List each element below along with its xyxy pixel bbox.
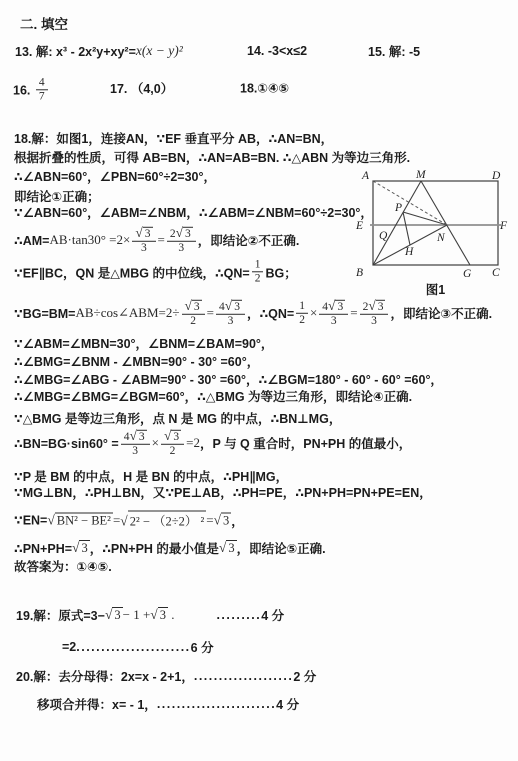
text-segment: ∵∠ABM=∠MBN=30°，∠BNM=∠BAM=90°， (14, 334, 273, 352)
text-segment: 二. 填空 (20, 13, 68, 33)
text-segment: AB÷cos∠ABM=2÷ (76, 305, 180, 321)
fraction-denominator: 2 (187, 315, 199, 328)
sol18-line14: ∴BN=BG·sin60° =4√33×√32=2，P 与 Q 重合时，PN+P… (14, 428, 411, 458)
radicand: 3 (112, 607, 122, 623)
sol18-line7: ∵EF∥BC，QN 是△MBG 的中位线，∴QN=12BG； (14, 258, 297, 285)
figure-label-G: G (463, 268, 472, 280)
radical-sign: √ (135, 225, 142, 240)
fraction-denominator: 2 (252, 273, 264, 286)
text-segment: ∴∠BMG=∠BNM - ∠MBN=90° - 30° =60°， (14, 352, 259, 370)
sol18-line13: ∵△BMG 是等边三角形，点 N 是 MG 的中点，∴BN⊥MG， (14, 409, 341, 427)
text-segment: 根据折叠的性质，可得 AB=BN，∴AN=AB=BN. ∴△ABN 为等边三角形… (14, 148, 410, 166)
fraction-numerator: √3 (132, 225, 155, 242)
text-segment: 13. 解: x³ - 2x²y+xy²= (15, 42, 136, 60)
text-segment: ∴∠ABN=60°，∠PBN=60°÷2=30°， (14, 167, 216, 185)
radical-sign: √ (129, 428, 136, 443)
figure-label-N: N (436, 232, 446, 244)
answer-14: 14. -3<x≤2 (247, 44, 307, 58)
fraction-numerator: 4√3 (319, 298, 348, 315)
radical-sign: √ (150, 607, 157, 623)
text-segment: ， (231, 511, 244, 529)
text-segment: 19.解：原式=3− (16, 606, 105, 624)
sol20-line1: 20.解：去分母得：2x=x - 2+1，...................… (16, 667, 316, 685)
sol20-line2: 移项合并得：x= - 1，........................4 分 (37, 695, 299, 713)
fraction-denominator: 3 (368, 315, 380, 328)
sol18-line2: 根据折叠的性质，可得 AB=BN，∴AN=AB=BN. ∴△ABN 为等边三角形… (14, 148, 410, 166)
text-segment: ∴∠MBG=∠ABG - ∠ABM=90° - 30° =60°，∴∠BGM=1… (14, 370, 443, 388)
text-segment: 2 分 (293, 667, 316, 685)
radicand: 3 (376, 300, 386, 313)
text-segment: 移项合并得：x= - 1， (37, 695, 157, 713)
answer-15: 15. 解: -5 (368, 42, 420, 60)
fraction-denominator: 3 (138, 242, 150, 255)
text-segment: − 1 + (123, 607, 151, 623)
text-segment: = (207, 305, 214, 321)
radical-sign: √ (368, 298, 375, 313)
fraction: √32 (182, 298, 205, 328)
radical-sign: √ (219, 540, 226, 556)
fraction: 2√33 (360, 298, 389, 328)
figure-label-E: E (355, 220, 363, 232)
fraction-numerator: 4√3 (216, 298, 245, 315)
fraction-denominator: 2 (296, 314, 308, 327)
radicand: 3 (183, 227, 193, 240)
radical-sign: √ (214, 512, 221, 528)
fraction-numerator: √3 (182, 298, 205, 315)
fraction-denominator: 3 (328, 315, 340, 328)
text-segment: 18.解：如图1，连接AN，∵EF 垂直平分 AB，∴AN=BN， (14, 129, 333, 147)
fraction: 12 (296, 299, 308, 326)
fraction: 4√33 (319, 298, 348, 328)
fraction: 4√33 (121, 428, 150, 458)
text-segment: .................... (194, 669, 293, 683)
fraction-denominator: 3 (129, 445, 141, 458)
section-heading: 二. 填空 (20, 13, 68, 33)
sol19-line2: =2.......................6 分 (62, 638, 214, 656)
fraction-numerator: 4 (36, 76, 48, 90)
sol18-line18: ∴PN+PH=√3，∴PN+PH 的最小值是√3，即结论⑤正确. (14, 539, 326, 557)
text-segment: ∵∠ABN=60°，∠ABM=∠NBM，∴∠ABM=∠NBM=60°÷2=30°… (14, 203, 373, 221)
sqrt-expression: √3 (219, 540, 237, 556)
text-segment: 20.解：去分母得：2x=x - 2+1， (16, 667, 194, 685)
sqrt-expression: √3 (150, 607, 168, 623)
fraction-numerator: √3 (161, 428, 184, 445)
line-MG (421, 181, 470, 265)
sol18-line19: 故答案为：①④⑤. (14, 557, 112, 575)
radicand: BN² − BE² (55, 512, 113, 528)
text-segment: = (206, 512, 213, 528)
text-segment: 17. （4,0） (110, 79, 173, 97)
sqrt-expression: √BN² − BE² (47, 512, 113, 528)
answer-16: 16. 47 (13, 76, 50, 103)
sol18-line11: ∴∠MBG=∠ABG - ∠ABM=90° - 30° =60°，∴∠BGM=1… (14, 370, 443, 388)
text-segment: ∴AM= (14, 233, 49, 248)
figure-label-Q: Q (379, 230, 388, 242)
sol18-line16: ∵MG⊥BN，∴PH⊥BN，又∵PE⊥AB，∴PH=PE，∴PN+PH=PN+P… (14, 483, 432, 501)
sqrt-expression: √3 (105, 607, 123, 623)
figure-label-B: B (356, 267, 363, 279)
text-segment: ∵△BMG 是等边三角形，点 N 是 MG 的中点，∴BN⊥MG， (14, 409, 341, 427)
text-segment: ∵BG=BM= (14, 306, 76, 321)
fraction-numerator: 4√3 (121, 428, 150, 445)
figure-label-H: H (404, 246, 414, 258)
sol18-line3: ∴∠ABN=60°，∠PBN=60°÷2=30°， (14, 167, 216, 185)
text-segment: 故答案为：①④⑤. (14, 557, 112, 575)
radicand: 3 (232, 300, 242, 313)
document-page: 二. 填空13. 解: x³ - 2x²y+xy²=x(x − y)²14. -… (0, 0, 518, 761)
radical-sign: √ (120, 514, 127, 530)
text-segment: ，P 与 Q 重合时，PN+PH 的值最小， (200, 434, 411, 452)
answer-13: 13. 解: x³ - 2x²y+xy²=x(x − y)² (15, 42, 183, 60)
figure-caption: 图1 (353, 280, 518, 298)
text-segment: . (168, 607, 175, 623)
radical-sign: √ (185, 298, 192, 313)
radicand: 3 (137, 430, 147, 443)
text-segment: ，即结论②不正确. (198, 231, 300, 249)
radicand: 3 (335, 300, 345, 313)
radicand: 2² − （2÷2） ² (128, 511, 207, 530)
figure-label-D: D (491, 170, 501, 182)
text-segment: × (310, 305, 317, 321)
text-segment: ∴∠MBG=∠BMG=∠BGM=60°，∴△BMG 为等边三角形，即结论④正确. (14, 387, 412, 405)
radicand: 3 (158, 607, 168, 623)
sqrt-expression: √2² − （2÷2） ² (120, 511, 206, 530)
sqrt-expression: √3 (72, 540, 90, 556)
radicand: 3 (171, 430, 181, 443)
text-segment: 4 分 (276, 695, 299, 713)
fraction: √33 (132, 225, 155, 255)
text-segment: 14. -3<x≤2 (247, 44, 307, 58)
text-segment: 16. (13, 83, 34, 97)
figure-label-P: P (394, 202, 402, 214)
text-segment: ，∴PN+PH 的最小值是 (90, 539, 219, 557)
radical-sign: √ (176, 225, 183, 240)
text-segment: × (152, 435, 159, 451)
fraction: 2√33 (167, 225, 196, 255)
radical-sign: √ (72, 540, 79, 556)
sqrt-expression: √3 (214, 512, 232, 528)
fraction: 12 (252, 258, 264, 285)
text-segment: ∴QN= (259, 306, 294, 321)
radicand: 3 (221, 512, 231, 528)
text-segment: BG； (265, 263, 296, 281)
sol18-line12: ∴∠MBG=∠BMG=∠BGM=60°，∴△BMG 为等边三角形，即结论④正确. (14, 387, 412, 405)
text-segment: ∵EN= (14, 513, 47, 528)
radicand: 3 (226, 540, 236, 556)
sol18-line10: ∴∠BMG=∠BNM - ∠MBN=90° - 30° =60°， (14, 352, 259, 370)
fraction-denominator: 3 (175, 242, 187, 255)
fraction-denominator: 7 (36, 91, 48, 104)
radicand: 3 (79, 540, 89, 556)
sol19-line1: 19.解：原式=3−√3− 1 +√3 ..........4 分 (16, 606, 284, 624)
text-segment: = (113, 512, 120, 528)
text-segment: ，即结论⑤正确. (237, 539, 326, 557)
fraction-numerator: 1 (252, 258, 264, 272)
radical-sign: √ (105, 607, 112, 623)
text-segment: 15. 解: -5 (368, 42, 420, 60)
figure-label-A: A (361, 170, 370, 182)
text-segment: ........................ (157, 697, 276, 711)
sol18-line5: ∵∠ABN=60°，∠ABM=∠NBM，∴∠ABM=∠NBM=60°÷2=30°… (14, 203, 373, 221)
answer-17: 17. （4,0） (110, 79, 173, 97)
fraction: 47 (36, 76, 48, 103)
fraction-numerator: 2√3 (167, 225, 196, 242)
answer-18: 18.①④⑤ (240, 81, 289, 96)
text-segment: ∴BN=BG·sin60° = (14, 436, 119, 451)
text-segment: ∵MG⊥BN，∴PH⊥BN，又∵PE⊥AB，∴PH=PE，∴PN+PH=PN+P… (14, 483, 432, 501)
figure-label-C: C (492, 267, 500, 279)
radical-sign: √ (47, 512, 54, 528)
line-AN-dashed (373, 181, 447, 225)
figure-label-F: F (499, 220, 508, 232)
figure-label-M: M (415, 169, 427, 181)
text-segment: AB·tan30° =2× (49, 232, 130, 248)
radicand: 3 (143, 227, 153, 240)
fraction: √32 (161, 428, 184, 458)
sol18-line8: ∵BG=BM=AB÷cos∠ABM=2÷√32=4√33，∴QN=12×4√33… (14, 298, 492, 328)
sol18-line1: 18.解：如图1，连接AN，∵EF 垂直平分 AB，∴AN=BN， (14, 129, 333, 147)
text-segment: 4 分 (261, 606, 284, 624)
text-segment: x(x − y)² (136, 43, 183, 59)
text-segment: ∴PN+PH= (14, 541, 72, 556)
sol18-line17: ∵EN=√BN² − BE²=√2² − （2÷2） ²=√3， (14, 511, 244, 530)
text-segment: = (158, 232, 165, 248)
figure-diagram: AMDEFQPNHBGC 图1 (353, 166, 518, 300)
text-segment: ......... (216, 608, 261, 622)
text-segment: 6 分 (191, 638, 214, 656)
fraction-denominator: 2 (167, 445, 179, 458)
line-PH (403, 212, 410, 245)
sol18-line6: ∴AM=AB·tan30° =2×√33=2√33，即结论②不正确. (14, 225, 299, 255)
text-segment: =2 (62, 640, 76, 654)
text-segment: ， (247, 304, 260, 322)
fraction-numerator: 2√3 (360, 298, 389, 315)
fraction-numerator: 1 (296, 299, 308, 313)
text-segment: ，即结论③不正确. (390, 304, 492, 322)
text-segment: 18.①④⑤ (240, 81, 289, 96)
text-segment: =2 (186, 435, 200, 451)
fraction: 4√33 (216, 298, 245, 328)
radicand: 3 (192, 300, 202, 313)
fraction-denominator: 3 (225, 315, 237, 328)
sol18-line9: ∵∠ABM=∠MBN=30°，∠BNM=∠BAM=90°， (14, 334, 273, 352)
text-segment: ∵EF∥BC，QN 是△MBG 的中位线，∴QN= (14, 263, 250, 281)
text-segment: = (350, 305, 357, 321)
text-segment: ....................... (76, 640, 190, 654)
rect-ABCD (373, 181, 498, 265)
